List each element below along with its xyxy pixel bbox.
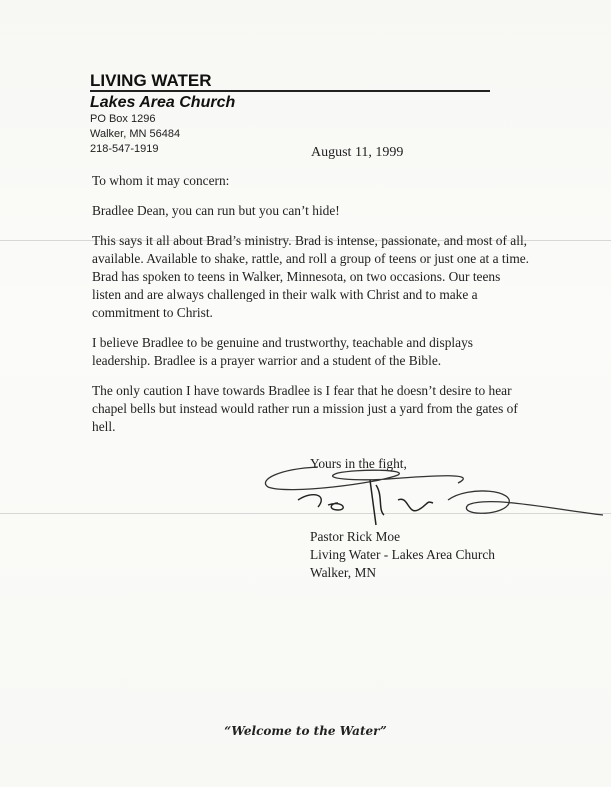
letter-page: LIVING WATER Lakes Area Church PO Box 12… <box>0 0 611 787</box>
signature-block: Pastor Rick Moe Living Water - Lakes Are… <box>310 528 495 582</box>
letterhead: LIVING WATER Lakes Area Church PO Box 12… <box>90 72 490 157</box>
letter-body: To whom it may concern: Bradlee Dean, yo… <box>92 172 532 448</box>
org-name: LIVING WATER <box>90 72 490 92</box>
signer-location: Walker, MN <box>310 564 495 582</box>
paragraph: The only caution I have towards Bradlee … <box>92 382 532 436</box>
letter-date: August 11, 1999 <box>311 145 403 161</box>
phone-number: 218-547-1919 <box>90 142 490 157</box>
org-subtitle: Lakes Area Church <box>90 94 490 112</box>
address-line: PO Box 1296 <box>90 112 490 127</box>
paragraph: This says it all about Brad’s ministry. … <box>92 232 532 322</box>
footer-motto: “Welcome to the Water” <box>0 724 611 738</box>
signer-name: Pastor Rick Moe <box>310 528 495 546</box>
signer-organization: Living Water - Lakes Area Church <box>310 546 495 564</box>
salutation: To whom it may concern: <box>92 172 532 190</box>
handwritten-signature <box>258 455 608 535</box>
org-name-text: LIVING WATER <box>90 71 212 90</box>
address-line: Walker, MN 56484 <box>90 127 490 142</box>
paragraph: I believe Bradlee to be genuine and trus… <box>92 334 532 370</box>
paragraph: Bradlee Dean, you can run but you can’t … <box>92 202 532 220</box>
